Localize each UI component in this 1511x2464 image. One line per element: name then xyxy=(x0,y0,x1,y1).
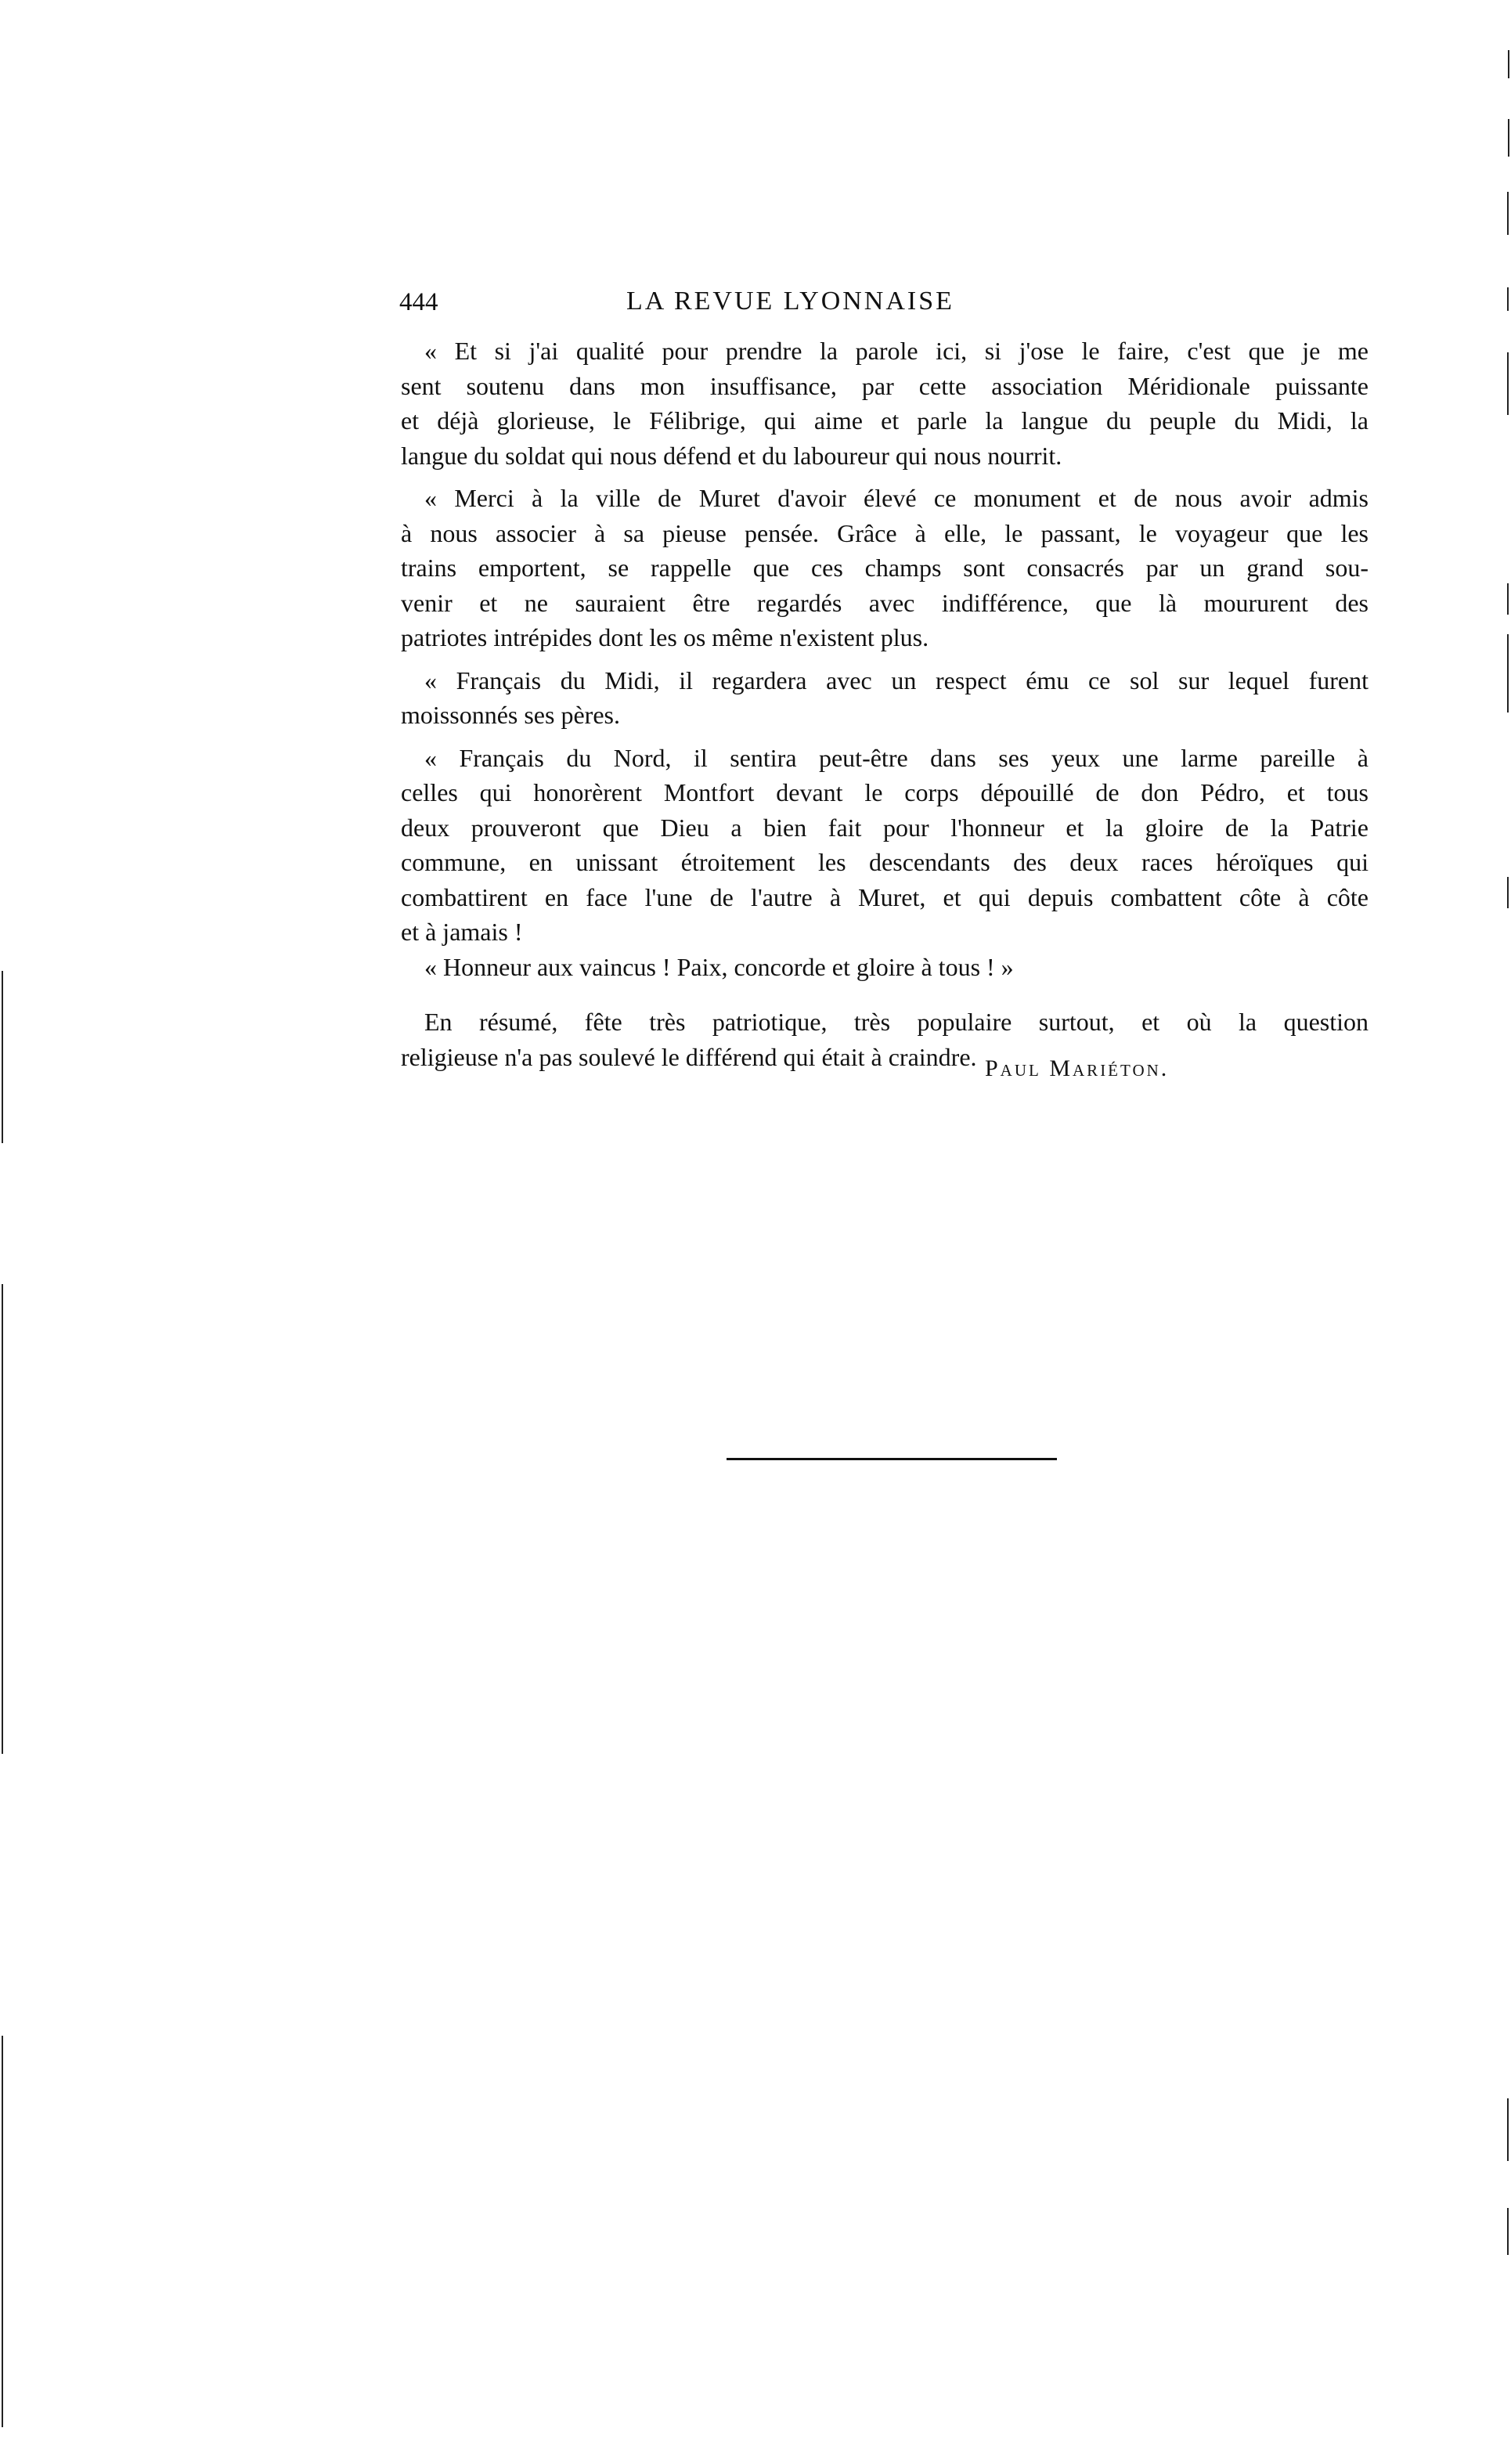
scan-edge-mark xyxy=(2,2036,3,2427)
paragraph-5: « Honneur aux vaincus ! Paix, concorde e… xyxy=(401,950,1369,985)
scan-edge-mark xyxy=(1507,2208,1509,2255)
text-line: deux prouveront que Dieu a bien fait pou… xyxy=(401,810,1369,846)
paragraph-2: « Merci à la ville de Muret d'avoir élev… xyxy=(401,481,1369,655)
text-line: combattirent en face l'une de l'autre à … xyxy=(401,880,1369,915)
text-line: et déjà glorieuse, le Félibrige, qui aim… xyxy=(401,403,1369,438)
text-line: et à jamais ! xyxy=(401,915,1369,950)
scan-edge-mark xyxy=(1507,192,1509,235)
text-line: patriotes intrépides dont les os même n'… xyxy=(401,620,1369,655)
paragraph-4: « Français du Nord, il sentira peut-être… xyxy=(401,741,1369,950)
scan-edge-mark xyxy=(1507,352,1509,415)
running-title: LA REVUE LYONNAISE xyxy=(626,287,954,316)
text-line: « Et si j'ai qualité pour prendre la par… xyxy=(401,334,1369,369)
text-line: celles qui honorèrent Montfort devant le… xyxy=(401,775,1369,810)
text-line: à nous associer à sa pieuse pensée. Grâc… xyxy=(401,516,1369,551)
section-divider xyxy=(727,1458,1057,1460)
paragraph-6: En résumé, fête très patriotique, très p… xyxy=(401,1005,1369,1074)
scan-edge-mark xyxy=(1508,119,1509,157)
scan-edge-mark xyxy=(1508,50,1509,78)
text-line: religieuse n'a pas soulevé le différend … xyxy=(401,1040,1369,1075)
scan-edge-mark xyxy=(1507,634,1509,713)
text-line: sent soutenu dans mon insuffisance, par … xyxy=(401,369,1369,404)
text-line: « Français du Nord, il sentira peut-être… xyxy=(401,741,1369,776)
scan-edge-mark xyxy=(1507,877,1509,908)
text-line: « Merci à la ville de Muret d'avoir élev… xyxy=(401,481,1369,516)
scan-edge-mark xyxy=(2,971,3,1143)
page-number: 444 xyxy=(399,288,438,317)
text-line: commune, en unissant étroitement les des… xyxy=(401,845,1369,880)
scan-edge-mark xyxy=(1507,287,1509,311)
text-line: trains emportent, se rappelle que ces ch… xyxy=(401,550,1369,586)
text-line: langue du soldat qui nous défend et du l… xyxy=(401,438,1369,474)
scan-edge-mark xyxy=(1507,583,1509,615)
author-signature: Paul Mariéton. xyxy=(985,1055,1169,1082)
text-line: moissonnés ses pères. xyxy=(401,698,1369,733)
scan-edge-mark xyxy=(1507,2098,1509,2161)
scan-edge-mark xyxy=(2,1284,3,1754)
text-line: En résumé, fête très patriotique, très p… xyxy=(401,1005,1369,1040)
paragraph-1: « Et si j'ai qualité pour prendre la par… xyxy=(401,334,1369,473)
text-line: « Français du Midi, il regardera avec un… xyxy=(401,663,1369,698)
text-line: « Honneur aux vaincus ! Paix, concorde e… xyxy=(401,950,1369,985)
article-body: « Et si j'ai qualité pour prendre la par… xyxy=(401,334,1369,1074)
text-line: venir et ne sauraient être regardés avec… xyxy=(401,586,1369,621)
paragraph-3: « Français du Midi, il regardera avec un… xyxy=(401,663,1369,733)
